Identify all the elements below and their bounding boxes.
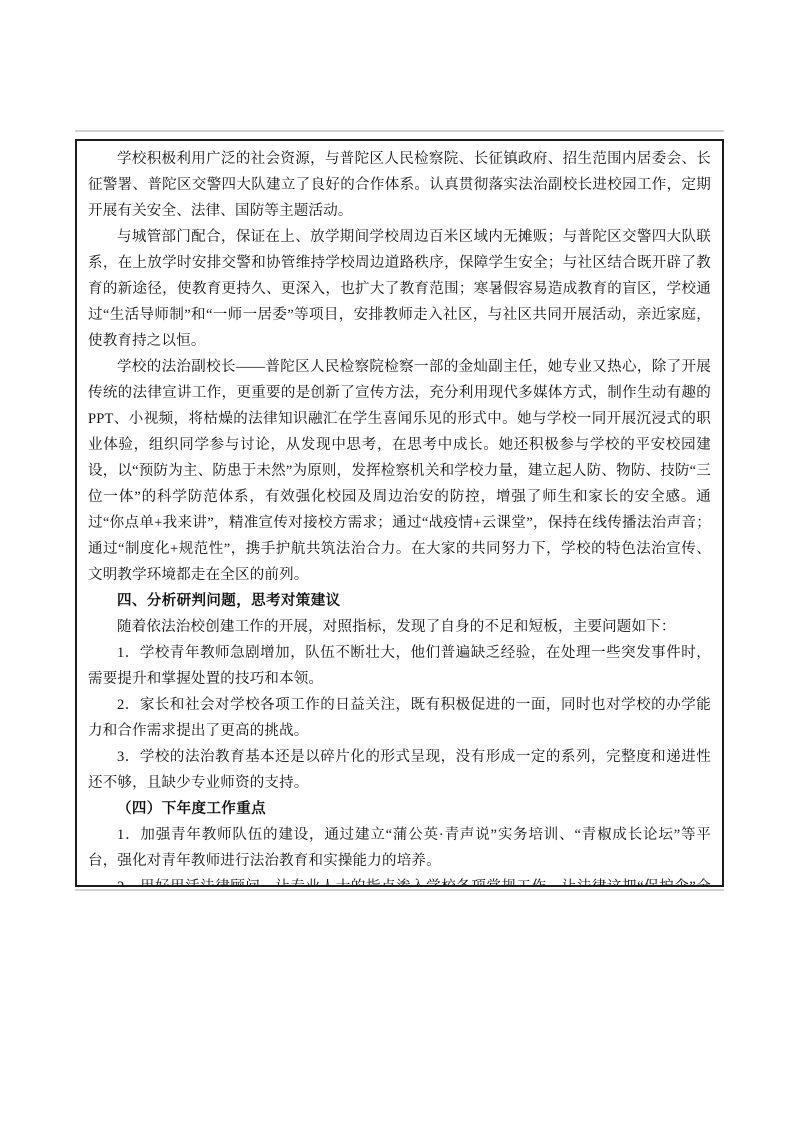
table-gridline-top bbox=[75, 130, 724, 132]
section-heading-next-year-focus: （四）下年度工作重点 bbox=[88, 796, 711, 822]
paragraph-vice-principal: 学校的法治副校长——普陀区人民检察院检察一部的金灿副主任，她专业又热心，除了开展… bbox=[88, 354, 711, 588]
paragraph-community-resources: 学校积极利用广泛的社会资源，与普陀区人民检察院、长征镇政府、招生范围内居委会、长… bbox=[88, 146, 711, 224]
document-page: 学校积极利用广泛的社会资源，与普陀区人民检察院、长征镇政府、招生范围内居委会、长… bbox=[0, 0, 793, 1122]
document-table-cell: 学校积极利用广泛的社会资源，与普陀区人民检察院、长征镇政府、招生范围内居委会、长… bbox=[75, 139, 724, 887]
list-item-problem-1: 1．学校青年教师急剧增加，队伍不断壮大，他们普遍缺乏经验，在处理一些突发事件时，… bbox=[88, 640, 711, 692]
paragraph-city-management: 与城管部门配合，保证在上、放学期间学校周边百米区域内无摊贩；与普陀区交警四大队联… bbox=[88, 224, 711, 354]
list-item-problem-2: 2．家长和社会对学校各项工作的日益关注，既有积极促进的一面，同时也对学校的办学能… bbox=[88, 692, 711, 744]
list-item-problem-3: 3．学校的法治教育基本还是以碎片化的形式呈现，没有形成一定的系列，完整度和递进性… bbox=[88, 744, 711, 796]
paragraph-problems-intro: 随着依法治校创建工作的开展，对照指标，发现了自身的不足和短板，主要问题如下： bbox=[88, 614, 711, 640]
table-gridline-bottom bbox=[75, 889, 724, 891]
list-item-focus-2: 2．用好用活法律顾问，让专业人士的指点渗入学校各项常规工作，让法律这把“保护伞”… bbox=[88, 874, 711, 887]
list-item-focus-1: 1．加强青年教师队伍的建设，通过建立“蒲公英·青声说”实务培训、“青椒成长论坛”… bbox=[88, 822, 711, 874]
section-heading-analysis: 四、分析研判问题，思考对策建议 bbox=[88, 588, 711, 614]
